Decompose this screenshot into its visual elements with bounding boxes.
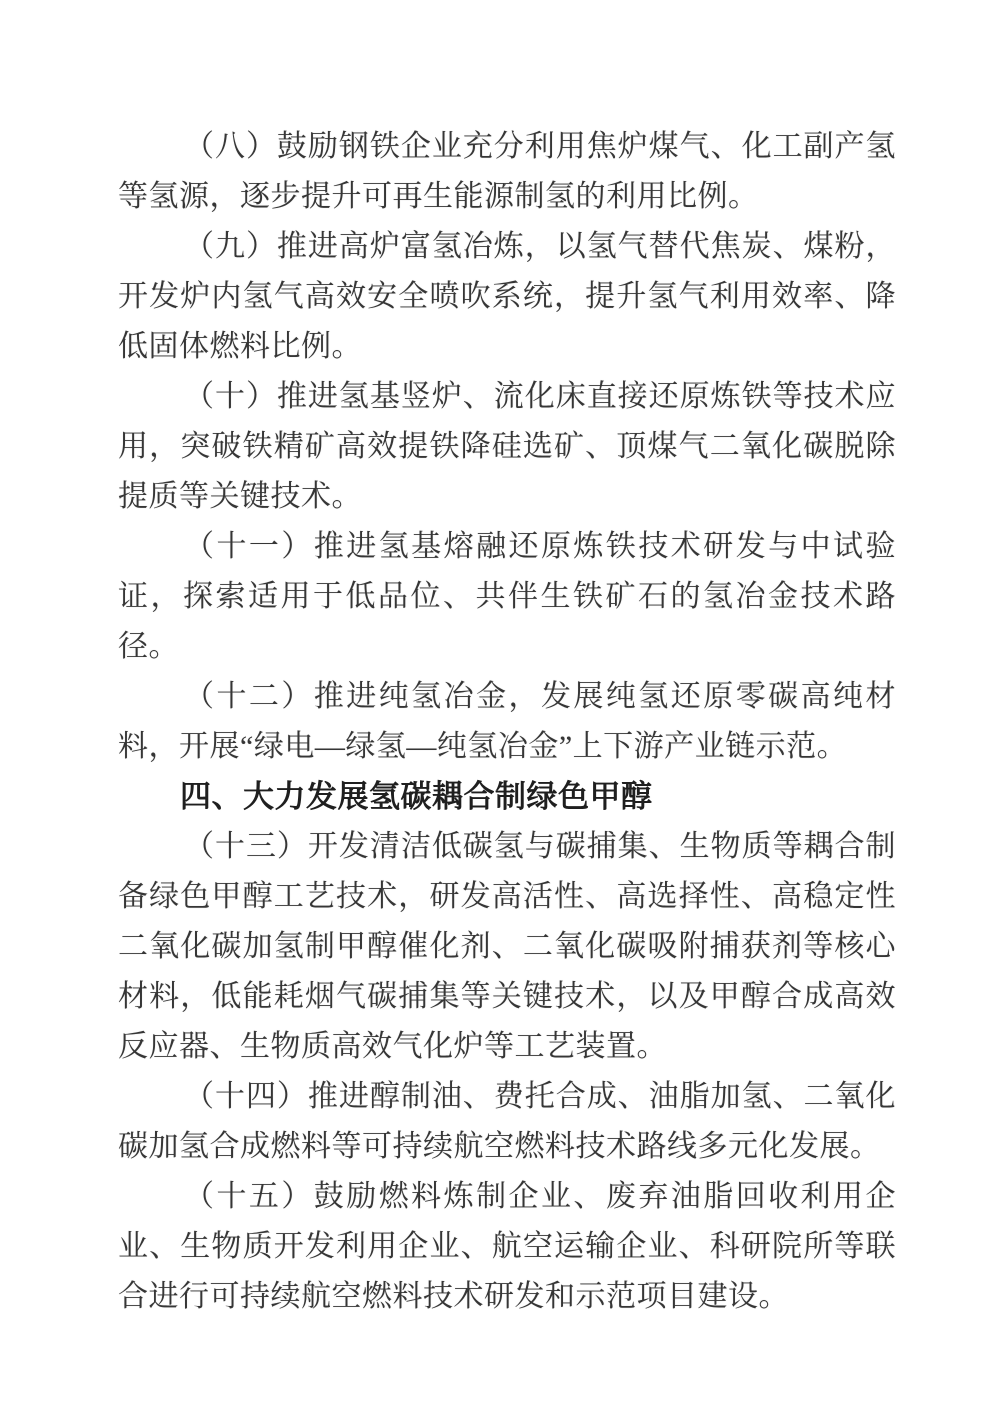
section-heading: 四、大力发展氢碳耦合制绿色甲醇	[118, 772, 896, 822]
paragraph: （十）推进氢基竖炉、流化床直接还原炼铁等技术应用，突破铁精矿高效提铁降硅选矿、顶…	[118, 372, 896, 522]
paragraph: （十四）推进醇制油、费托合成、油脂加氢、二氧化碳加氢合成燃料等可持续航空燃料技术…	[118, 1072, 896, 1172]
paragraph: （九）推进高炉富氢冶炼，以氢气替代焦炭、煤粉，开发炉内氢气高效安全喷吹系统，提升…	[118, 222, 896, 372]
paragraph: （十二）推进纯氢冶金，发展纯氢还原零碳高纯材料，开展“绿电—绿氢—纯氢冶金”上下…	[118, 672, 896, 772]
paragraph: （十三）开发清洁低碳氢与碳捕集、生物质等耦合制备绿色甲醇工艺技术，研发高活性、高…	[118, 822, 896, 1072]
paragraph: （八）鼓励钢铁企业充分利用焦炉煤气、化工副产氢等氢源，逐步提升可再生能源制氢的利…	[118, 122, 896, 222]
document-page: （八）鼓励钢铁企业充分利用焦炉煤气、化工副产氢等氢源，逐步提升可再生能源制氢的利…	[0, 0, 1000, 1414]
paragraph: （十五）鼓励燃料炼制企业、废弃油脂回收利用企业、生物质开发利用企业、航空运输企业…	[118, 1172, 896, 1322]
document-body: （八）鼓励钢铁企业充分利用焦炉煤气、化工副产氢等氢源，逐步提升可再生能源制氢的利…	[118, 122, 896, 1322]
paragraph: （十一）推进氢基熔融还原炼铁技术研发与中试验证，探索适用于低品位、共伴生铁矿石的…	[118, 522, 896, 672]
